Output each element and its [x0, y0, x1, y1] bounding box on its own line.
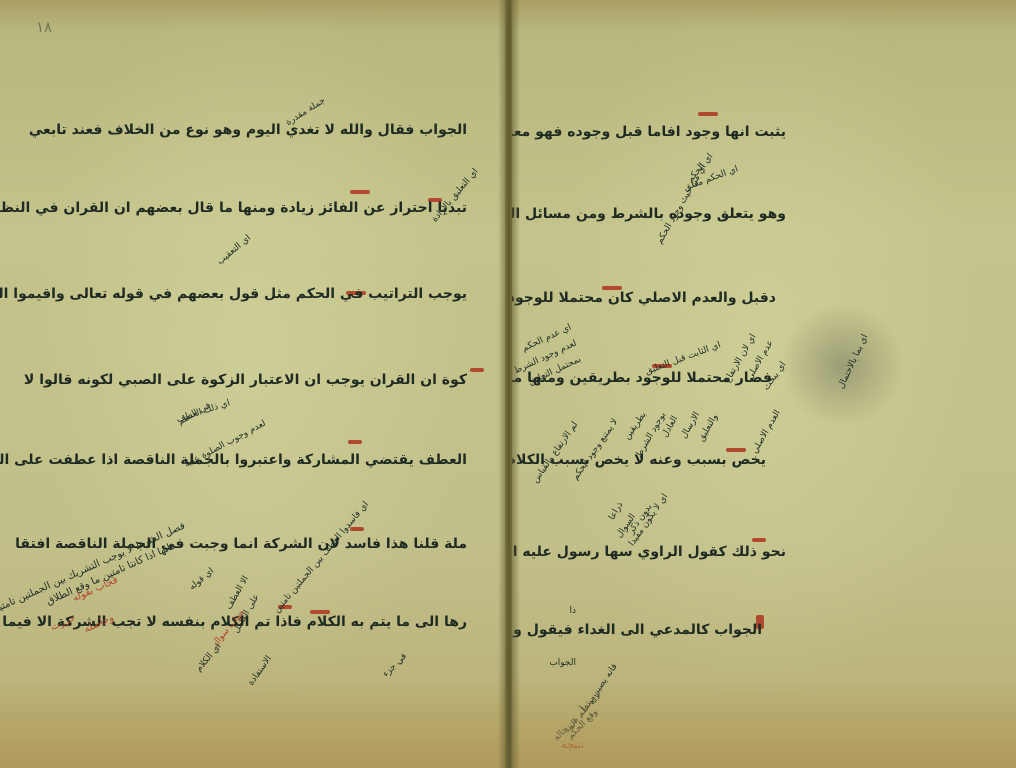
text-line: تبديا احتراز عن الفائز زيادة ومنها ما قا…	[0, 200, 467, 216]
text-line: نحو ذلك كقول الراوي سها رسول عليه السلام…	[512, 544, 786, 560]
marginal-gloss: اي من حيث وجود الحكم	[654, 163, 708, 246]
rubric-overline	[752, 538, 766, 542]
marginal-gloss: الجواب	[549, 658, 576, 668]
rubric-overline	[470, 368, 484, 372]
top-stain	[512, 0, 1016, 30]
ink-smudge	[782, 300, 902, 430]
marginal-gloss: العدم الاصلي	[749, 409, 782, 456]
rubric-overline	[698, 112, 718, 116]
text-line: الجواب فقال والله لا تغدي اليوم وهو نوع …	[29, 122, 467, 138]
marginal-gloss: ذراعا	[607, 501, 625, 522]
marginal-gloss: اي الكلام	[195, 642, 224, 674]
rubric-overline	[350, 190, 370, 194]
text-line: ملة قلنا هذا فاسد لان الشركة انما وجبت ف…	[15, 536, 467, 552]
book-gutter	[498, 0, 520, 768]
text-line: العطف يقتضي المشاركة واعتبروا بالجملة ال…	[0, 452, 467, 468]
rubric-overline	[348, 440, 362, 444]
top-stain	[0, 0, 505, 30]
marginal-gloss: في جزء	[381, 651, 409, 679]
bottom-water-stain	[0, 678, 505, 768]
marginal-gloss: اي قوله	[188, 566, 217, 592]
marginal-gloss: اي التعقيب	[216, 233, 254, 267]
marginal-gloss: ذا	[569, 606, 576, 616]
manuscript-spread: ١٨ الجواب فقال والله لا تغدي اليوم وهو ن…	[0, 0, 1016, 768]
text-line: يوجب التراتيب في الحكم مثل قول بعضهم في …	[0, 286, 467, 302]
left-page: ١٨ الجواب فقال والله لا تغدي اليوم وهو ن…	[0, 0, 505, 768]
folio-number: ١٨	[36, 18, 52, 36]
text-line: الجواب كالمدعي الى الغداء فيقول والله لا…	[512, 622, 762, 638]
text-line: يثبت انها وجود افاما قبل وجوده فهو معلق …	[512, 124, 786, 140]
text-line: كوة ان القران يوجب ان الاعتبار الزكوة عل…	[24, 372, 467, 388]
right-page: يثبت انها وجود افاما قبل وجوده فهو معلق …	[512, 0, 1016, 768]
text-line: دقبل والعدم الاصلي كان محتملا للوجود ولم…	[512, 290, 776, 306]
bottom-water-stain	[512, 678, 1016, 768]
marginal-gloss: اي فاسدوا العطف بين الجملتين تامتين	[272, 500, 371, 615]
text-line: وهو يتعلق وجوده بالشرط ومن مسائل الشرط ا…	[512, 206, 786, 222]
